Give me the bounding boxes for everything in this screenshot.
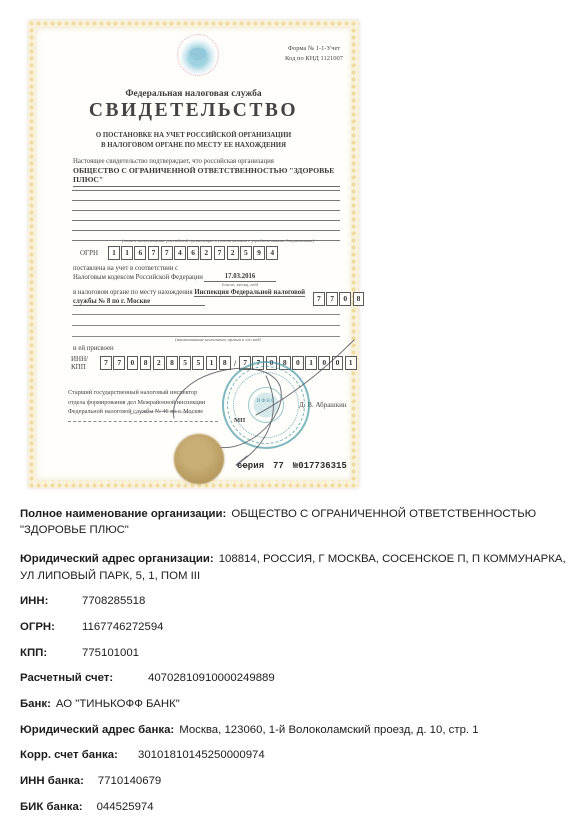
digit-cell: 1	[108, 246, 120, 260]
signature-line	[68, 421, 218, 422]
digit-cell: 5	[192, 356, 204, 370]
detail-row: Банк:АО "ТИНЬКОФФ БАНК"	[20, 696, 572, 712]
organization-details: Полное наименование организации:ОБЩЕСТВО…	[20, 506, 572, 824]
ruled-line	[72, 304, 340, 315]
fns-emblem-icon	[177, 34, 219, 76]
detail-label: Расчетный счет:	[20, 670, 126, 686]
round-tax-stamp: ИФНС	[222, 361, 310, 449]
detail-row: КПП:775101001	[20, 645, 572, 661]
registered-line-2: Налоговым кодексом Российской Федерации	[73, 274, 203, 281]
series-line: серия77№017736315	[237, 461, 356, 471]
blank-ruled-lines-2	[72, 304, 340, 337]
document-page: Форма № 1-1-Учет Код по КНД 1121007 Феде…	[0, 0, 587, 835]
inn-digit-boxes: 7708285518	[100, 356, 232, 370]
knd-code: Код по КНД 1121007	[285, 54, 343, 64]
digit-cell: 0	[339, 292, 351, 306]
ogrn-digit-boxes: 1167746272594	[108, 246, 279, 260]
inn-kpp-label: ИНН/КПП	[71, 355, 88, 371]
ruled-line	[72, 326, 340, 337]
detail-label: КПП:	[20, 645, 68, 661]
detail-label: Банк:	[20, 698, 51, 710]
digit-cell: 7	[100, 356, 112, 370]
digit-cell: 8	[219, 356, 231, 370]
authority-caption: (наименование налогового органа и его ко…	[96, 337, 340, 342]
detail-row: БИК банка:044525974	[20, 799, 572, 815]
detail-row: Корр. счет банка:30101810145250000974	[20, 747, 572, 763]
detail-row: ОГРН:1167746272594	[20, 619, 572, 635]
digit-cell: 2	[200, 246, 212, 260]
detail-row: Расчетный счет:40702810910000249889	[20, 670, 572, 686]
digit-cell: 1	[345, 356, 357, 370]
series-region: 77	[273, 461, 284, 471]
detail-row: Полное наименование организации:ОБЩЕСТВО…	[20, 506, 572, 538]
detail-value: Москва, 123060, 1-й Волоколамский проезд…	[179, 724, 478, 736]
detail-row: ИНН банка:7710140679	[20, 773, 572, 789]
digit-cell: 1	[121, 246, 133, 260]
inspector-line-1: Старший государственный налоговый инспек…	[68, 388, 233, 398]
digit-cell: 4	[266, 246, 278, 260]
inspector-line-2: отдела формирования дел Межрайонной инсп…	[68, 398, 233, 408]
registered-line-1: поставлена на учет в соответствии с	[73, 265, 178, 272]
detail-label: Юридический адрес банка:	[20, 724, 174, 736]
agency-name: Федеральная налоговая служба	[36, 89, 351, 99]
detail-value: 7708285518	[82, 595, 145, 607]
ruled-line	[72, 181, 340, 191]
ruled-line	[72, 315, 340, 326]
assigned-line: и ей присвоен	[73, 345, 114, 352]
digit-cell: 7	[161, 246, 173, 260]
ruled-line	[72, 201, 340, 211]
detail-label: ИНН банка:	[20, 773, 84, 789]
detail-label: БИК банка:	[20, 799, 83, 815]
authority-prefix: в налоговом органе по месту нахождения	[73, 289, 194, 296]
embossed-gold-seal	[174, 434, 224, 484]
digit-cell: 0	[292, 356, 304, 370]
digit-cell: 0	[318, 356, 330, 370]
detail-value: 7710140679	[98, 775, 161, 787]
ogrn-label: ОГРН	[80, 249, 98, 257]
digit-cell: 7	[214, 246, 226, 260]
digit-cell: 7	[148, 246, 160, 260]
stamp-ring	[248, 387, 284, 423]
digit-cell: 0	[127, 356, 139, 370]
ruled-line	[72, 221, 340, 231]
digit-cell: 7	[113, 356, 125, 370]
detail-label: Юридический адрес организации:	[20, 553, 214, 565]
subtitle-line-1: О ПОСТАНОВКЕ НА УЧЕТ РОССИЙСКОЙ ОРГАНИЗА…	[36, 131, 351, 141]
ogrn-row: ОГРН 1167746272594	[80, 246, 280, 260]
digit-cell: 1	[305, 356, 317, 370]
digit-cell: 9	[253, 246, 265, 260]
detail-label: Корр. счет банка:	[20, 747, 120, 763]
subtitle-line-2: В НАЛОГОВОМ ОРГАНЕ ПО МЕСТУ ЕЕ НАХОЖДЕНИ…	[36, 141, 351, 151]
confirmation-line: Настоящее свидетельство подтверждает, чт…	[73, 158, 274, 165]
series-label: серия	[237, 461, 264, 471]
digit-cell: 2	[227, 246, 239, 260]
inspector-title: Старший государственный налоговый инспек…	[68, 388, 233, 417]
registration-date: 17.03.2016	[204, 273, 276, 282]
detail-row: Юридический адрес банка:Москва, 123060, …	[20, 722, 572, 738]
detail-label: ИНН:	[20, 593, 68, 609]
digit-cell: 0	[332, 356, 344, 370]
blank-ruled-lines	[72, 181, 340, 241]
inn-kpp-row: ИНН/КПП 7708285518 / 770801001	[71, 355, 358, 371]
digit-cell: 2	[153, 356, 165, 370]
detail-value: 30101810145250000974	[138, 749, 265, 761]
detail-row: Юридический адрес организации:108814, РО…	[20, 551, 572, 583]
document-subtitle: О ПОСТАНОВКЕ НА УЧЕТ РОССИЙСКОЙ ОРГАНИЗА…	[36, 131, 351, 151]
digit-cell: 8	[140, 356, 152, 370]
detail-value: 044525974	[97, 801, 154, 813]
form-info: Форма № 1-1-Учет Код по КНД 1121007	[285, 44, 343, 64]
authority-name-1: Инспекция Федеральной налоговой	[194, 289, 305, 297]
document-title: СВИДЕТЕЛЬСТВО	[36, 100, 351, 122]
digit-cell: 5	[240, 246, 252, 260]
detail-value: АО "ТИНЬКОФФ БАНК"	[56, 698, 180, 710]
ruled-line	[72, 191, 340, 201]
form-number: Форма № 1-1-Учет	[285, 44, 343, 54]
detail-label: Полное наименование организации:	[20, 508, 226, 520]
ruled-line	[72, 211, 340, 221]
inn-kpp-separator: /	[234, 359, 236, 368]
digit-cell: 6	[187, 246, 199, 260]
certificate-scan: Форма № 1-1-Учет Код по КНД 1121007 Феде…	[28, 20, 359, 488]
digit-cell: 8	[353, 292, 365, 306]
authority-line-1: в налоговом органе по месту нахождения И…	[73, 289, 305, 296]
digit-cell: 1	[206, 356, 218, 370]
date-caption: (число, месяц, год)	[204, 282, 276, 287]
digit-cell: 8	[166, 356, 178, 370]
digit-cell: 4	[174, 246, 186, 260]
detail-row: ИНН:7708285518	[20, 593, 572, 609]
detail-value: 40702810910000249889	[148, 672, 275, 684]
inspector-line-3: Федеральной налоговой службы № 46 по г. …	[68, 407, 233, 417]
org-name-caption: (полное наименование российской организа…	[96, 238, 340, 243]
detail-value: 1167746272594	[82, 621, 164, 633]
stamp-center-text: ИФНС	[224, 399, 308, 404]
digit-cell: 5	[179, 356, 191, 370]
certificate-paper: Форма № 1-1-Учет Код по КНД 1121007 Феде…	[36, 28, 351, 480]
digit-cell: 6	[134, 246, 146, 260]
detail-value: 775101001	[82, 647, 139, 659]
series-number: №017736315	[293, 461, 347, 471]
detail-label: ОГРН:	[20, 619, 68, 635]
